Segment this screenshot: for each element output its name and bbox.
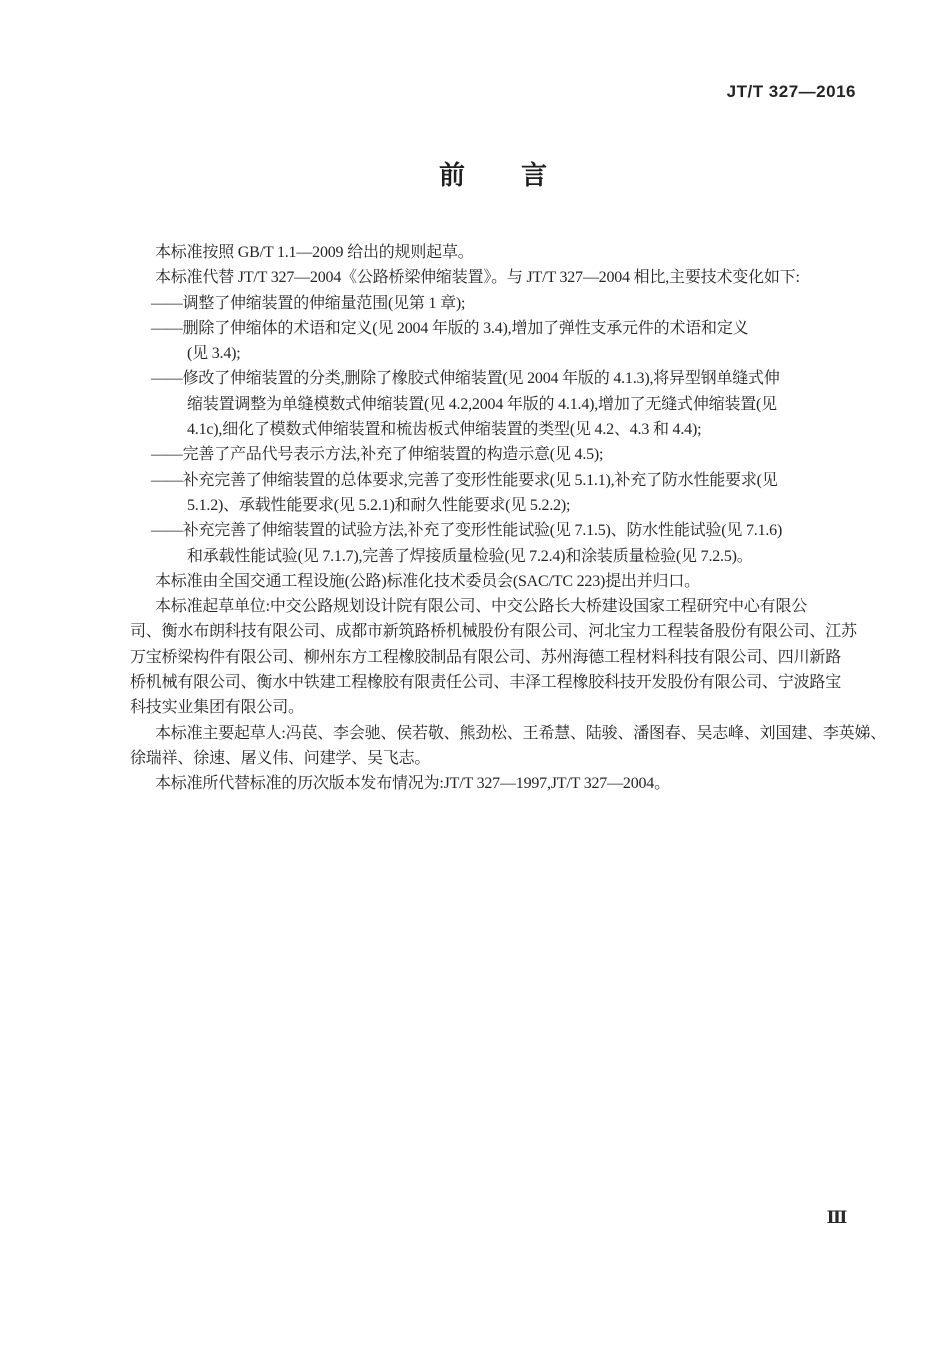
text-line: 缩装置调整为单缝模数式伸缩装置(见 4.2,2004 年版的 4.1.4),增加… (130, 392, 856, 417)
text-line: 司、衡水布朗科技有限公司、成都市新筑路桥机械股份有限公司、河北宝力工程装备股份有… (130, 619, 856, 644)
text-line: 本标准主要起草人:冯苠、李会驰、侯若敬、熊劲松、王希慧、陆骏、潘图春、吴志峰、刘… (130, 721, 856, 746)
text-line: 本标准代替 JT/T 327—2004《公路桥梁伸缩装置》。与 JT/T 327… (130, 265, 856, 290)
page-number: Ⅲ (817, 1208, 857, 1228)
text-line: 徐瑞祥、徐速、屠义伟、问建学、吴飞志。 (130, 746, 856, 771)
text-line: ——补充完善了伸缩装置的总体要求,完善了变形性能要求(见 5.1.1),补充了防… (130, 468, 856, 493)
text-line: 4.1c),细化了模数式伸缩装置和梳齿板式伸缩装置的类型(见 4.2、4.3 和… (130, 417, 856, 442)
document-page: JT/T 327—2016 前 言 本标准按照 GB/T 1.1—2009 给出… (0, 0, 950, 1345)
foreword-title-char-right: 言 (521, 155, 547, 192)
text-line: 本标准由全国交通工程设施(公路)标准化技术委员会(SAC/TC 223)提出并归… (130, 569, 856, 594)
text-line: 桥机械有限公司、衡水中铁建工程橡胶有限责任公司、丰泽工程橡胶科技开发股份有限公司… (130, 670, 856, 695)
text-line: 本标准所代替标准的历次版本发布情况为:JT/T 327—1997,JT/T 32… (130, 771, 856, 796)
foreword-title: 前 言 (130, 155, 856, 192)
text-line: 万宝桥梁构件有限公司、柳州东方工程橡胶制品有限公司、苏州海德工程材料科技有限公司… (130, 645, 856, 670)
text-line: (见 3.4); (130, 341, 856, 366)
foreword-lines: 本标准按照 GB/T 1.1—2009 给出的规则起草。本标准代替 JT/T 3… (130, 240, 856, 797)
text-line: 和承载性能试验(见 7.1.7),完善了焊接质量检验(见 7.2.4)和涂装质量… (130, 544, 856, 569)
text-line: ——删除了伸缩体的术语和定义(见 2004 年版的 3.4),增加了弹性支承元件… (130, 316, 856, 341)
text-line: ——调整了伸缩装置的伸缩量范围(见第 1 章); (130, 291, 856, 316)
text-line: ——修改了伸缩装置的分类,删除了橡胶式伸缩装置(见 2004 年版的 4.1.3… (130, 366, 856, 391)
foreword-title-char-left: 前 (439, 155, 465, 192)
text-line: 科技实业集团有限公司。 (130, 695, 856, 720)
text-line: ——补充完善了伸缩装置的试验方法,补充了变形性能试验(见 7.1.5)、防水性能… (130, 518, 856, 543)
text-line: ——完善了产品代号表示方法,补充了伸缩装置的构造示意(见 4.5); (130, 442, 856, 467)
text-line: 5.1.2)、承载性能要求(见 5.2.1)和耐久性能要求(见 5.2.2); (130, 493, 856, 518)
text-line: 本标准按照 GB/T 1.1—2009 给出的规则起草。 (130, 240, 856, 265)
standard-number-header: JT/T 327—2016 (130, 82, 856, 102)
text-line: 本标准起草单位:中交公路规划设计院有限公司、中交公路长大桥建设国家工程研究中心有… (130, 594, 856, 619)
